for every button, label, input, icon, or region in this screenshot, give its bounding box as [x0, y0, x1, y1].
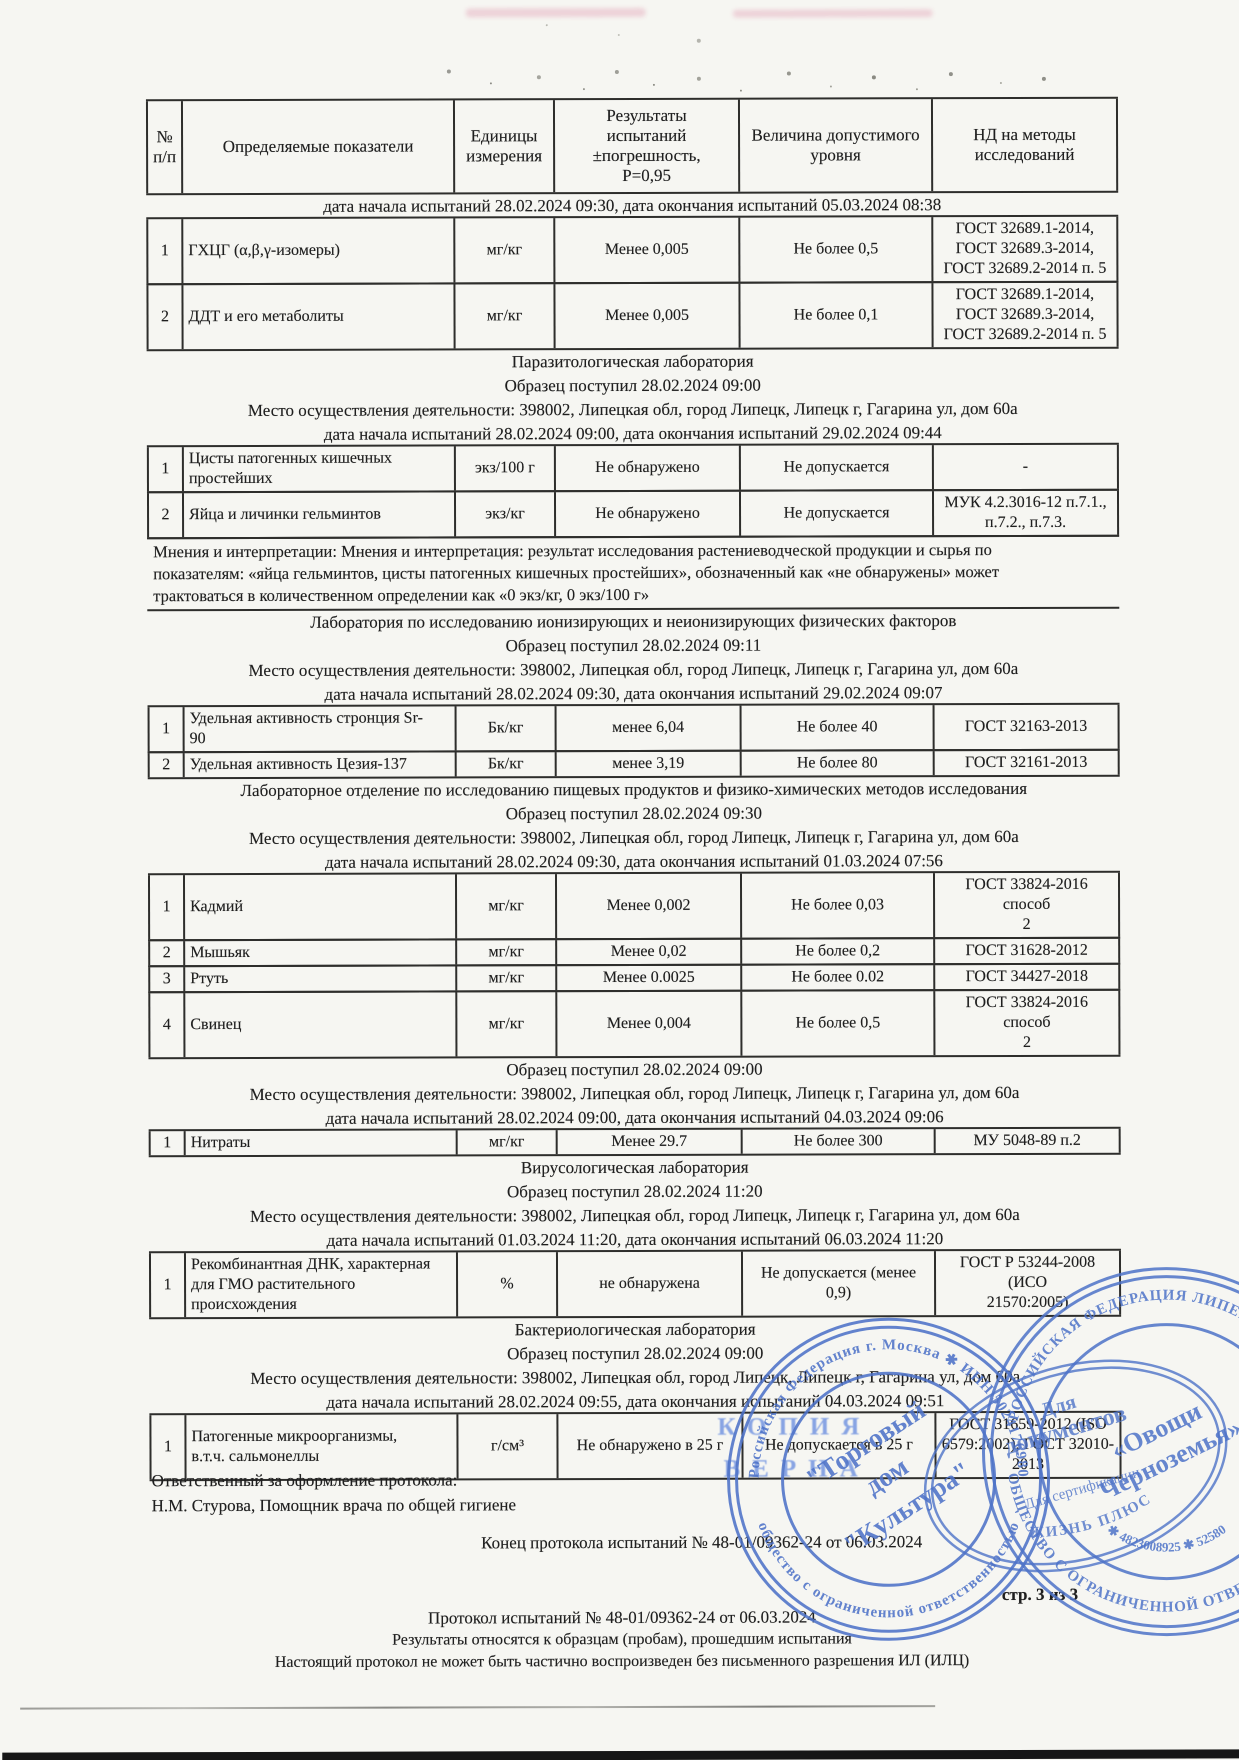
page-number: стр. 3 из 3 [1002, 1585, 1078, 1605]
scan-artifact-line [20, 1705, 935, 1709]
cell-result: Менее 0,002 [557, 874, 742, 938]
cell-unit: мг/кг [457, 940, 557, 964]
cell-nd: МУ 5048-89 п.2 [936, 1129, 1121, 1153]
cell-indicator: Ртуть [185, 966, 457, 991]
results-table: № п/пОпределяемые показателиЕдиницы изме… [146, 99, 1122, 1482]
cell-result: Менее 29.7 [558, 1130, 743, 1154]
cell-nd: ГОСТ 32689.1-2014, ГОСТ 32689.3-2014, ГО… [933, 283, 1118, 347]
cell-num: 1 [149, 1131, 186, 1155]
stamp-ring-digits: ✱ 4823008925 ✱ 52580 [1105, 1521, 1229, 1554]
cell-result: Не обнаружено [556, 492, 741, 536]
cell-num: 3 [148, 967, 185, 991]
cell-result: Менее 0,005 [555, 218, 740, 282]
responsible-name: Н.М. Стурова, Помощник врача по общей ги… [152, 1495, 516, 1516]
cell-indicator: ДДТ и его метаболиты [183, 284, 455, 349]
copy-verna-stamp-line2: ВЕРНА [724, 1455, 870, 1483]
responsible-label: Ответственный за оформление протокола: [152, 1470, 458, 1491]
cell-unit: экз/100 г [456, 446, 556, 490]
cell-nd: ГОСТ 31659-2012 (ISO 6579:2002), ГОСТ 32… [936, 1413, 1121, 1477]
cell-result: Не обнаружено [556, 446, 741, 490]
protocol-number-line: Протокол испытаний № 48-01/09362-24 от 0… [152, 1607, 1092, 1629]
cell-result: Менее 0,005 [555, 284, 740, 348]
cell-limit: Не более 80 [742, 751, 935, 776]
section-span-row: Образец поступил 28.02.2024 11:20 [149, 1179, 1121, 1206]
table-row: 3Ртутьмг/кгМенее 0.0025Не более 0.02ГОСТ… [148, 963, 1120, 994]
cell-indicator: Рекомбинантная ДНК, характерная для ГМО … [186, 1252, 458, 1317]
column-header-num: № п/п [146, 101, 183, 193]
section-span-row: Паразитологическая лаборатория [147, 349, 1119, 376]
column-header-result: Результаты испытаний ±погрешность, Р=0,9… [555, 100, 740, 192]
section-span-row: Лабораторное отделение по исследованию п… [148, 777, 1120, 804]
cell-unit: экз/кг [456, 492, 556, 536]
cell-limit: Не допускается [741, 491, 934, 536]
column-header-unit: Единицы измерения [455, 100, 555, 192]
column-header-limit: Величина допустимого уровня [740, 99, 933, 192]
cell-num: 1 [148, 707, 185, 751]
section-span-row: Образец поступил 28.02.2024 09:00 [149, 1341, 1121, 1368]
section-span-row: Место осуществления деятельности: 398002… [148, 825, 1120, 852]
section-span-row: Образец поступил 28.02.2024 09:30 [148, 801, 1120, 828]
cell-unit: мг/кг [457, 874, 557, 938]
table-row: 1Цисты патогенных кишечных простейшихэкз… [147, 443, 1119, 494]
section-span-row: Образец поступил 28.02.2024 09:11 [147, 633, 1119, 660]
cell-nd: ГОСТ 33824-2016 способ 2 [935, 991, 1120, 1055]
cell-limit: Не более 300 [743, 1129, 936, 1154]
cell-num: 2 [148, 753, 185, 777]
cell-limit: Не более 0,03 [742, 873, 935, 938]
column-header-nd: НД на методы исследований [933, 99, 1118, 191]
cell-limit: Не допускается [741, 445, 934, 490]
cell-nd: ГОСТ 31628-2012 [935, 939, 1120, 963]
cell-result: Менее 0,02 [557, 940, 742, 964]
cell-indicator: Яйца и личинки гельминтов [184, 492, 456, 537]
cell-num: 1 [146, 219, 183, 283]
section-span-row: Место осуществления деятельности: 398002… [147, 397, 1119, 424]
cell-num: 4 [148, 993, 185, 1057]
cell-indicator: Удельная активность стронция Sr- 90 [185, 706, 457, 751]
cell-unit: мг/кг [457, 966, 557, 990]
cell-nd: ГОСТ 32689.1-2014, ГОСТ 32689.3-2014, ГО… [933, 217, 1118, 281]
results-note-line: Результаты относятся к образцам (пробам)… [152, 1630, 1092, 1650]
cell-unit: г/см³ [458, 1414, 558, 1478]
section-span-row: Образец поступил 28.02.2024 09:00 [147, 373, 1119, 400]
table-row: 1Удельная активность стронция Sr- 90Бк/к… [148, 703, 1120, 754]
section-span-row: Образец поступил 28.02.2024 09:00 [148, 1057, 1120, 1084]
table-row: 2Яйца и личинки гельминтовэкз/кгНе обнар… [147, 489, 1119, 540]
table-row: 2ДДТ и его метаболитымг/кгМенее 0,005Не … [146, 281, 1118, 352]
cell-indicator: ГХЦГ (α,β,γ-изомеры) [183, 218, 455, 283]
cell-unit: мг/кг [455, 218, 555, 282]
scan-smudge [733, 9, 933, 18]
cell-nd: ГОСТ Р 53244-2008 (ИСО 21570:2005) [936, 1251, 1121, 1315]
section-span-row: Место осуществления деятельности: 398002… [149, 1203, 1121, 1230]
cell-unit: % [458, 1252, 558, 1316]
table-row: 1ГХЦГ (α,β,γ-изомеры)мг/кгМенее 0,005Не … [146, 215, 1118, 286]
column-header-indicator: Определяемые показатели [183, 100, 455, 193]
cell-result: Менее 0.0025 [557, 966, 742, 990]
protocol-end-line: Конец протокола испытаний № 48-01/09362-… [342, 1532, 1062, 1554]
section-span-row: Место осуществления деятельности: 398002… [149, 1081, 1121, 1108]
cell-num: 2 [146, 285, 183, 349]
table-row: 2Мышьякмг/кгМенее 0,02Не более 0,2ГОСТ 3… [148, 937, 1120, 968]
cell-limit: Не более 40 [742, 705, 935, 750]
cell-unit: Бк/кг [457, 706, 557, 750]
cell-unit: мг/кг [457, 992, 557, 1056]
cell-nd: ГОСТ 33824-2016 способ 2 [935, 873, 1120, 937]
cell-result: менее 6,04 [557, 706, 742, 750]
cell-num: 1 [149, 1415, 186, 1479]
section-span-row: Вирусологическая лаборатория [149, 1155, 1121, 1182]
cell-nd: ГОСТ 32161-2013 [935, 751, 1120, 775]
svg-text:✱ 4823008925 ✱ 52580: ✱ 4823008925 ✱ 52580 [1105, 1521, 1229, 1554]
cell-num: 1 [149, 1253, 186, 1317]
cell-limit: Не более 0,2 [742, 939, 935, 964]
table-row: 1Нитратымг/кгМенее 29.7Не более 300МУ 50… [149, 1127, 1121, 1158]
cell-indicator: Мышьяк [185, 940, 457, 965]
copy-verna-stamp-line1: КОПИЯ [717, 1413, 871, 1441]
cell-result: не обнаружена [558, 1252, 743, 1316]
cell-indicator: Свинец [185, 992, 457, 1057]
section-span-row: Место осуществления деятельности: 398002… [149, 1365, 1121, 1392]
cell-nd: ГОСТ 32163-2013 [935, 705, 1120, 749]
scanned-protocol-page: № п/пОпределяемые показателиЕдиницы изме… [0, 0, 1239, 1760]
table-row: 4Свинецмг/кгМенее 0,004Не более 0,5ГОСТ … [148, 989, 1120, 1060]
cell-indicator: Кадмий [185, 874, 457, 939]
cell-num: 1 [147, 447, 184, 491]
cell-unit: Бк/кг [457, 752, 557, 776]
cell-nd: ГОСТ 34427-2018 [935, 965, 1120, 989]
table-header-row: № п/пОпределяемые показателиЕдиницы изме… [146, 97, 1118, 196]
cell-indicator: Цисты патогенных кишечных простейших [184, 446, 456, 491]
table-row: 1Рекомбинантная ДНК, характерная для ГМО… [149, 1249, 1121, 1320]
scan-smudge [466, 8, 646, 17]
table-row: 1Кадмиймг/кгМенее 0,002Не более 0,03ГОСТ… [148, 871, 1120, 942]
cell-num: 2 [148, 941, 185, 965]
cell-indicator: Удельная активность Цезия-137 [185, 752, 457, 777]
cell-unit: мг/кг [455, 284, 555, 348]
section-span-row: Бактериологическая лаборатория [149, 1317, 1121, 1344]
section-span-row: Место осуществления деятельности: 398002… [147, 657, 1119, 684]
cell-num: 2 [147, 493, 184, 537]
cell-nd: - [934, 445, 1119, 489]
cell-nd: МУК 4.2.3016-12 п.7.1., п.7.2., п.7.3. [934, 491, 1119, 535]
cell-result: Менее 0,004 [557, 992, 742, 1056]
cell-limit: Не более 0,5 [740, 217, 933, 282]
cell-indicator: Нитраты [186, 1130, 458, 1155]
cell-limit: Не более 0,5 [742, 991, 935, 1056]
cell-result: Не обнаружено в 25 г [558, 1414, 743, 1478]
scan-edge-bar [2, 1749, 1239, 1760]
interpretation-note: Мнения и интерпретации: Мнения и интерпр… [147, 535, 1119, 612]
cell-unit: мг/кг [458, 1130, 558, 1154]
table-row: 2Удельная активность Цезия-137Бк/кгменее… [148, 749, 1120, 780]
cell-num: 1 [148, 875, 185, 939]
cell-limit: Не допускается (менее 0,9) [743, 1251, 936, 1316]
cell-indicator: Патогенные микроорганизмы, в.т.ч. сальмо… [186, 1414, 458, 1479]
cell-result: менее 3,19 [557, 752, 742, 776]
cell-limit: Не более 0.02 [742, 965, 935, 990]
cell-limit: Не более 0,1 [740, 283, 933, 348]
section-span-row: Лаборатория по исследованию ионизирующих… [147, 609, 1119, 636]
reproduction-note-line: Настоящий протокол не может быть частичн… [152, 1652, 1092, 1672]
